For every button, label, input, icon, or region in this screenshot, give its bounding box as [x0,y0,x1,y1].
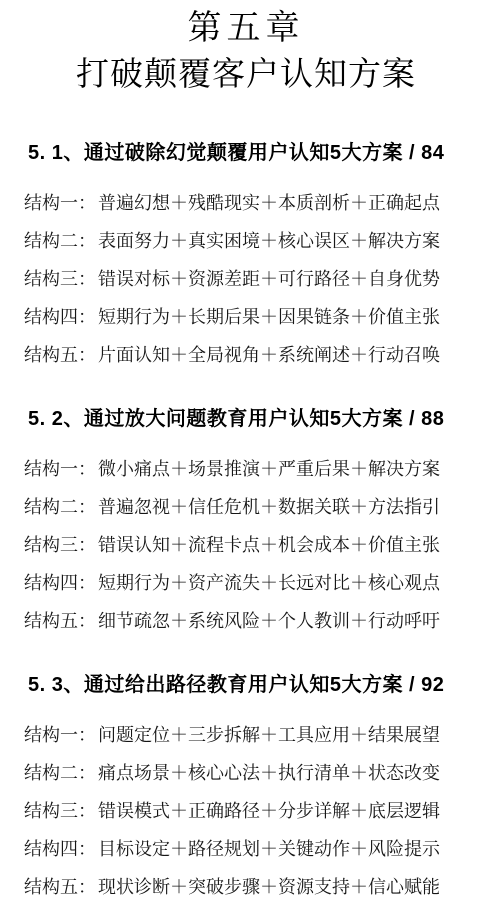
structure-line: 结构二：表面努力＋真实困境＋核心误区＋解决方案 [24,230,486,252]
structure-content: 痛点场景＋核心心法＋执行清单＋状态改变 [98,763,440,783]
structure-line: 结构五：现状诊断＋突破步骤＋资源支持＋信心赋能 [24,876,486,898]
section-heading: 5. 1、通过破除幻觉颠覆用户认知5大方案 / 84 [28,140,482,166]
structure-label: 结构二： [24,497,96,517]
structure-label: 结构一： [24,725,96,745]
structure-label: 结构二： [24,763,96,783]
chapter-name: 打破颠覆客户认知方案 [0,52,492,98]
structure-line: 结构四：短期行为＋长期后果＋因果链条＋价值主张 [24,306,486,328]
structure-label: 结构三： [24,535,96,555]
structure-content: 表面努力＋真实困境＋核心误区＋解决方案 [98,231,440,251]
structure-label: 结构三： [24,269,96,289]
structure-line: 结构四：目标设定＋路径规划＋关键动作＋风险提示 [24,838,486,860]
structure-line: 结构二：痛点场景＋核心心法＋执行清单＋状态改变 [24,762,486,784]
structure-line: 结构二：普遍忽视＋信任危机＋数据关联＋方法指引 [24,496,486,518]
structure-line: 结构一：问题定位＋三步拆解＋工具应用＋结果展望 [24,724,486,746]
toc-section-5-2: 5. 2、通过放大问题教育用户认知5大方案 / 88 结构一：微小痛点＋场景推演… [0,406,492,632]
structure-label: 结构四： [24,307,96,327]
toc-section-5-3: 5. 3、通过给出路径教育用户认知5大方案 / 92 结构一：问题定位＋三步拆解… [0,672,492,898]
section-heading: 5. 3、通过给出路径教育用户认知5大方案 / 92 [28,672,482,698]
structure-content: 错误模式＋正确路径＋分步详解＋底层逻辑 [98,801,440,821]
structure-label: 结构二： [24,231,96,251]
structure-label: 结构一： [24,459,96,479]
structure-content: 短期行为＋资产流失＋长远对比＋核心观点 [98,573,440,593]
structure-content: 错误对标＋资源差距＋可行路径＋自身优势 [98,269,440,289]
structure-content: 现状诊断＋突破步骤＋资源支持＋信心赋能 [98,877,440,897]
structure-content: 问题定位＋三步拆解＋工具应用＋结果展望 [98,725,440,745]
structure-label: 结构五： [24,611,96,631]
structure-content: 普遍幻想＋残酷现实＋本质剖析＋正确起点 [98,193,440,213]
structure-line: 结构三：错误认知＋流程卡点＋机会成本＋价值主张 [24,534,486,556]
structure-label: 结构四： [24,573,96,593]
structure-line: 结构三：错误模式＋正确路径＋分步详解＋底层逻辑 [24,800,486,822]
section-heading: 5. 2、通过放大问题教育用户认知5大方案 / 88 [28,406,482,432]
structure-content: 普遍忽视＋信任危机＋数据关联＋方法指引 [98,497,440,517]
structure-content: 目标设定＋路径规划＋关键动作＋风险提示 [98,839,440,859]
structure-line: 结构一：普遍幻想＋残酷现实＋本质剖析＋正确起点 [24,192,486,214]
structure-content: 错误认知＋流程卡点＋机会成本＋价值主张 [98,535,440,555]
toc-section-5-1: 5. 1、通过破除幻觉颠覆用户认知5大方案 / 84 结构一：普遍幻想＋残酷现实… [0,140,492,366]
chapter-number: 第五章 [0,6,492,52]
structure-line: 结构五：片面认知＋全局视角＋系统阐述＋行动召唤 [24,344,486,366]
structure-content: 短期行为＋长期后果＋因果链条＋价值主张 [98,307,440,327]
chapter-title-block: 第五章 打破颠覆客户认知方案 [0,0,492,98]
document-page: 第五章 打破颠覆客户认知方案 5. 1、通过破除幻觉颠覆用户认知5大方案 / 8… [0,0,492,903]
structure-label: 结构五： [24,877,96,897]
structure-label: 结构一： [24,193,96,213]
structure-label: 结构三： [24,801,96,821]
structure-line: 结构一：微小痛点＋场景推演＋严重后果＋解决方案 [24,458,486,480]
structure-line: 结构三：错误对标＋资源差距＋可行路径＋自身优势 [24,268,486,290]
structure-content: 微小痛点＋场景推演＋严重后果＋解决方案 [98,459,440,479]
structure-content: 片面认知＋全局视角＋系统阐述＋行动召唤 [98,345,440,365]
structure-label: 结构四： [24,839,96,859]
structure-line: 结构五：细节疏忽＋系统风险＋个人教训＋行动呼吁 [24,610,486,632]
structure-label: 结构五： [24,345,96,365]
structure-content: 细节疏忽＋系统风险＋个人教训＋行动呼吁 [98,611,440,631]
structure-line: 结构四：短期行为＋资产流失＋长远对比＋核心观点 [24,572,486,594]
